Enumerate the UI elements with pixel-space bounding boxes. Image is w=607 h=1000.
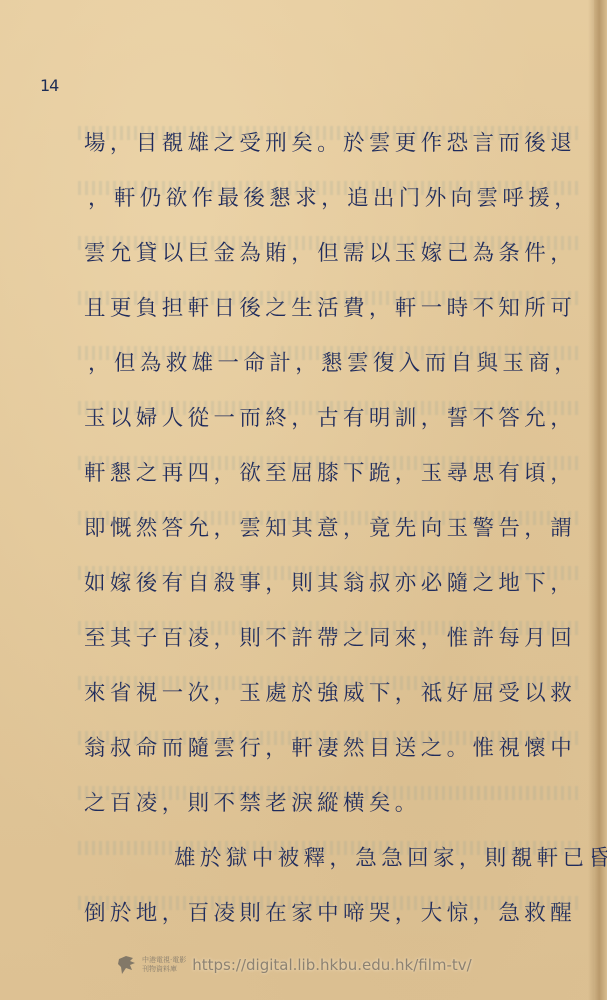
library-logo-icon <box>116 954 138 976</box>
text-line: 翁叔命而隨雲行，軒凄然目送之。惟視懷中 <box>84 729 604 784</box>
page-number: 14 <box>40 76 58 95</box>
text-line: 至其子百凌，則不許帶之同來，惟許每月回 <box>84 619 604 674</box>
text-line: 場，目覩雄之受刑矣。於雲更作恐言而後退 <box>84 124 604 179</box>
text-line: 即慨然答允，雲知其意，竟先向玉警告，謂 <box>84 509 604 564</box>
text-line: 玉以婦人從一而終，古有明訓，誓不答允， <box>84 399 604 454</box>
watermark-org-line1: 中港電視·電影 <box>142 956 186 965</box>
manuscript-text: 場，目覩雄之受刑矣。於雲更作恐言而後退 ，軒仍欲作最後懇求，追出门外向雲呼援， … <box>84 124 604 949</box>
text-line: 之百凌，則不禁老淚縱横矣。 <box>84 784 604 839</box>
watermark-url: https://digital.lib.hkbu.edu.hk/film-tv/ <box>192 956 472 974</box>
text-line: 來省視一次，玉處於強威下，祗好屈受以救 <box>84 674 604 729</box>
text-line: 雲允貸以巨金為賄，但需以玉嫁己為条件， <box>84 234 604 289</box>
text-line: 且更負担軒日後之生活費，軒一時不知所可 <box>84 289 604 344</box>
manuscript-page: 14 場，目覩雄之受刑矣。於雲更作恐言而後退 ，軒仍欲作最後懇求，追出门外向雲呼… <box>0 0 607 1000</box>
text-line: 如嫁後有自殺事，則其翁叔亦必隨之地下， <box>84 564 604 619</box>
watermark: 中港電視·電影 刊物資料庫 https://digital.lib.hkbu.e… <box>116 948 472 982</box>
watermark-org-line2: 刊物資料庫 <box>142 965 186 974</box>
text-line: 倒於地，百凌則在家中啼哭，大惊，急救醒 <box>84 894 604 949</box>
watermark-org: 中港電視·電影 刊物資料庫 <box>142 956 186 974</box>
text-line: ，軒仍欲作最後懇求，追出门外向雲呼援， <box>84 179 604 234</box>
text-line-paragraph-start: 雄於獄中被釋，急急回家，則覩軒已昏 <box>84 839 604 894</box>
text-line: 軒懇之再四，欲至屈膝下跪，玉尋思有頃， <box>84 454 604 509</box>
text-line: ，但為救雄一命計，懇雲復入而自與玉商， <box>84 344 604 399</box>
